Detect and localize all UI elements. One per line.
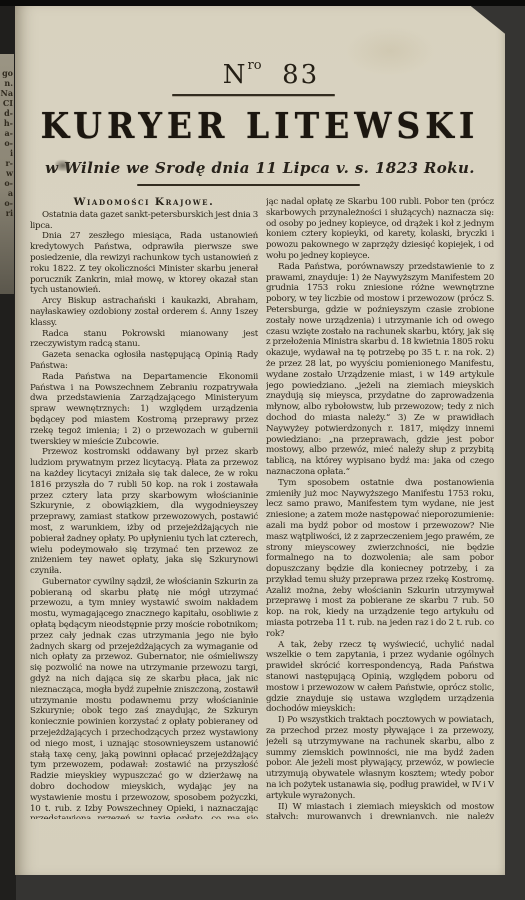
edge-text-fragment: ri	[6, 208, 13, 218]
newspaper-paragraph: Radca stanu Pokrowski mianowany jest rze…	[30, 329, 258, 351]
newspaper-paragraph: Gubernator cywilny sądził, że włościanin…	[30, 577, 258, 819]
edge-text-fragment: i	[10, 148, 13, 158]
edge-text-fragment: o-	[4, 198, 13, 208]
edge-text-fragment: Na	[1, 88, 14, 98]
rule-under-issue	[172, 94, 335, 96]
edge-text-fragment: w	[6, 168, 13, 178]
section-heading: Wiadomości Krajowe.	[30, 197, 258, 208]
edge-text-fragment: o-	[4, 178, 13, 188]
newspaper-paragraph: Ostatnia data gazet sankt-petersburskich…	[30, 210, 258, 232]
newspaper-paragraph: jąc nadal opłatę ze Skarbu 100 rubli. Po…	[266, 197, 494, 262]
newspaper-page: Nro 83 KURYER LITEWSKI w Wilnie we Srodę…	[15, 6, 505, 875]
edge-text-fragment: d-	[4, 108, 13, 118]
newspaper-paragraph: II) W miastach i ziemiach mieyskich od m…	[266, 802, 494, 819]
dateline: w Wilnie we Srodę dnia 11 Lipca v. s. 18…	[45, 159, 475, 177]
edge-text-fragment: h-	[4, 118, 13, 128]
newspaper-paragraph: Gazeta senacka ogłosiła następującą Opin…	[30, 350, 258, 372]
newspaper-paragraph: Arcy Biskup astrachański i kaukazki, Abr…	[30, 296, 258, 328]
edge-text-fragment: CI	[3, 98, 13, 108]
left-column: Wiadomości Krajowe. Ostatnia data gazet …	[30, 197, 258, 819]
scan-top-border	[0, 0, 525, 6]
adjacent-page-edge: go n. Na CI d- h- a- o- i r- w o- a o- r…	[0, 54, 14, 294]
edge-text-fragment: go	[2, 68, 13, 78]
edge-text-fragment: n.	[4, 78, 13, 88]
issue-value: 83	[282, 60, 319, 90]
edge-text-fragment: a-	[4, 128, 13, 138]
issue-superscript: ro	[248, 58, 262, 73]
newspaper-title: KURYER LITEWSKI	[15, 104, 505, 146]
dateline-row: w Wilnie we Srodę dnia 11 Lipca v. s. 18…	[15, 158, 505, 177]
right-column: jąc nadal opłatę ze Skarbu 100 rubli. Po…	[266, 197, 494, 819]
article-columns: Wiadomości Krajowe. Ostatnia data gazet …	[15, 197, 505, 819]
newspaper-paragraph: A tak, żeby rzecz tę wyświecić, uchylić …	[266, 640, 494, 716]
ink-smudge-mark	[55, 160, 71, 171]
edge-text-fragment: a	[8, 188, 13, 198]
edge-text-fragment: o-	[4, 138, 13, 148]
newspaper-paragraph: Dnia 27 zeszłego miesiąca, Rada ustanowi…	[30, 231, 258, 296]
newspaper-paragraph: Rada Państwa na Departamencie Ekonomii P…	[30, 372, 258, 448]
issue-prefix: N	[223, 60, 248, 90]
issue-number: Nro 83	[37, 58, 505, 90]
edge-text-fragment: r-	[5, 158, 13, 168]
newspaper-paragraph: Tym sposobem ostatnie dwa postanowienia …	[266, 478, 494, 640]
newspaper-paragraph: Rada Państwa, porównawszy przedstawienie…	[266, 262, 494, 478]
newspaper-paragraph: Przewoz kostromski oddawany był przez sk…	[30, 447, 258, 577]
rule-under-dateline	[137, 184, 360, 186]
newspaper-paragraph: I) Po wszystkich traktach pocztowych w p…	[266, 715, 494, 801]
masthead: Nro 83 KURYER LITEWSKI w Wilnie we Srodę…	[15, 58, 505, 186]
